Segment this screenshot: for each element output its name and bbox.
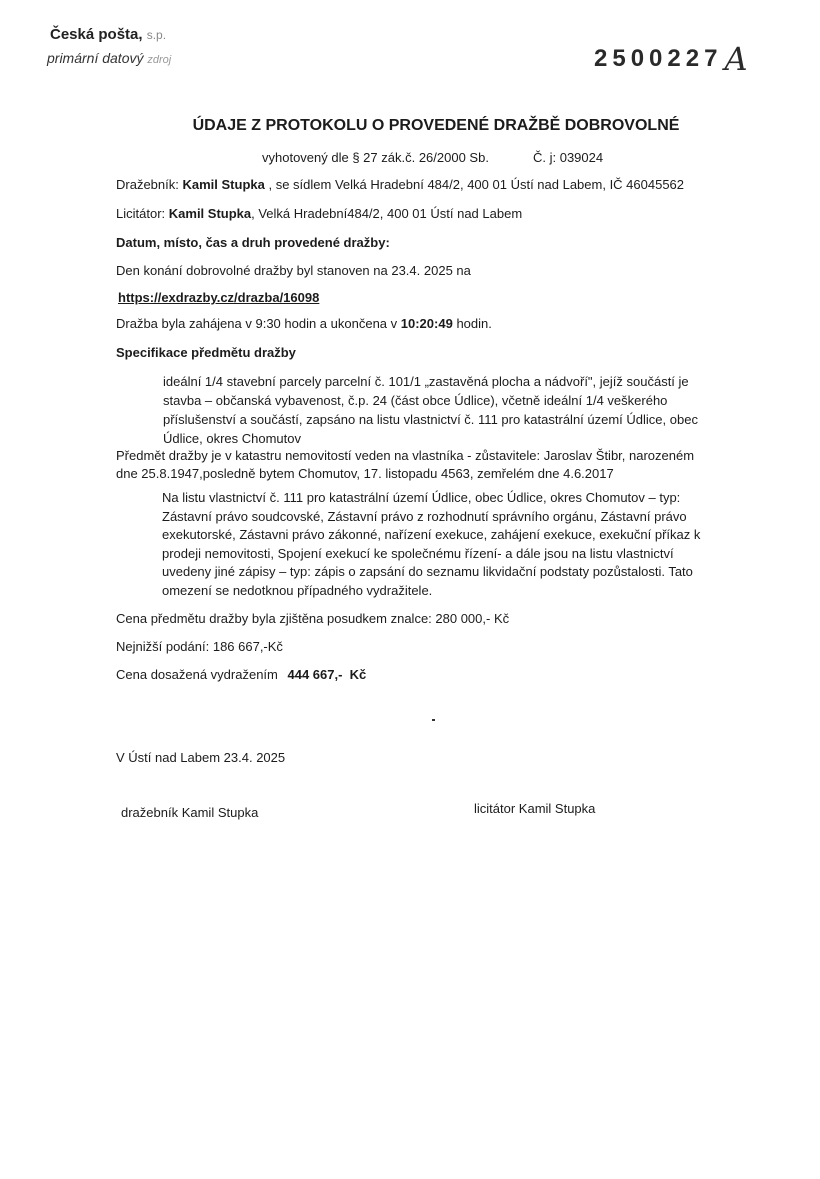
subject-owner: Předmět dražby je v katastru nemovitostí…: [116, 447, 716, 483]
stamp-organization: Česká pošta, s.p.: [50, 26, 166, 43]
price-appraisal: Cena předmětu dražby byla zjištěna posud…: [116, 611, 509, 626]
reference-number: Č. j: 039024: [533, 150, 603, 165]
subject-encumbrances: Na listu vlastnictví č. 111 pro katastrá…: [162, 489, 722, 600]
stamp-subtitle: primární datový zdroj: [47, 50, 171, 66]
licitator-details: , Velká Hradební484/2, 400 01 Ústí nad L…: [251, 206, 522, 221]
auctioneer-line: Dražebník: Kamil Stupka , se sídlem Velk…: [116, 177, 684, 192]
licitator-label: Licitátor:: [116, 206, 165, 221]
document-number: 2500227A: [594, 36, 748, 74]
auction-time-prefix: Dražba byla zahájena v 9:30 hodin a ukon…: [116, 316, 397, 331]
subject-description: ideální 1/4 stavební parcely parcelní č.…: [163, 372, 718, 448]
price-achieved-label: Cena dosažená vydražením: [116, 667, 278, 682]
scan-speck: [432, 719, 435, 721]
page-title: ÚDAJE Z PROTOKOLU O PROVEDENÉ DRAŽBĚ DOB…: [0, 117, 820, 135]
document-number-digits: 2500227: [594, 45, 722, 72]
document-number-handwritten-suffix: A: [724, 40, 747, 78]
auction-info-heading: Datum, místo, čas a druh provedené dražb…: [116, 235, 390, 250]
auctioneer-details: , se sídlem Velká Hradební 484/2, 400 01…: [265, 177, 684, 192]
signature-licitator: licitátor Kamil Stupka: [474, 801, 595, 816]
price-minimum-bid: Nejnižší podání: 186 667,-Kč: [116, 639, 283, 654]
auction-url-link[interactable]: https://exdrazby.cz/drazba/16098: [118, 290, 319, 305]
auctioneer-name: Kamil Stupka: [183, 177, 265, 192]
stamp-subtitle-suffix: zdroj: [147, 54, 171, 66]
auction-time-line: Dražba byla zahájena v 9:30 hodin a ukon…: [116, 316, 492, 331]
licitator-line: Licitátor: Kamil Stupka, Velká Hradební4…: [116, 206, 522, 221]
stamp-subtitle-text: primární datový: [47, 50, 143, 66]
stamp-organization-name: Česká pošta,: [50, 26, 143, 43]
signature-auctioneer: dražebník Kamil Stupka: [121, 805, 258, 820]
subject-heading: Specifikace předmětu dražby: [116, 345, 296, 360]
auction-end-time: 10:20:49: [401, 316, 453, 331]
place-and-date: V Ústí nad Labem 23.4. 2025: [116, 750, 285, 765]
auction-time-suffix: hodin.: [456, 316, 491, 331]
licitator-name: Kamil Stupka: [169, 206, 251, 221]
price-achieved-line: Cena dosažená vydražením 444 667,- Kč: [116, 667, 366, 682]
price-achieved-value: 444 667,- Kč: [288, 667, 367, 682]
auctioneer-label: Dražebník:: [116, 177, 179, 192]
auction-date-sentence: Den konání dobrovolné dražby byl stanove…: [116, 263, 471, 278]
stamp-organization-suffix: s.p.: [147, 28, 166, 42]
legal-basis: vyhotovený dle § 27 zák.č. 26/2000 Sb.: [262, 150, 489, 165]
